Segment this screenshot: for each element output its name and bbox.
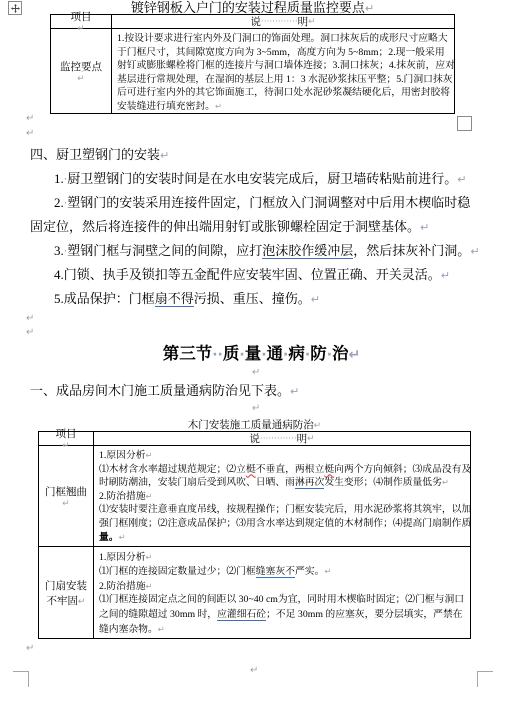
move-arrows-icon [11, 4, 20, 13]
pilcrow-mark: ↵ [250, 666, 258, 676]
table2-line: 强门框刚度；⑵注意成品保护；⑶用含水率达到规定值的木材制作；⑷提高门扇制作质 [99, 517, 465, 531]
table1-line: 于门框尺寸，其间隙宽度方向为 3~5mm，高度方向为 5~8mm；2.现一般采用 [117, 46, 449, 60]
pilcrow-mark: ↵ [26, 644, 34, 654]
table2-header-desc: 说·············明↵ [94, 432, 470, 445]
section4-item5: 5.成品保护：门框扇不得污损、重压、撞伤。↵ [54, 291, 320, 308]
table2-line: ⑴安装时要注意垂直度吊线，按规程操作；门框安装完后，用水泥砂浆将其筑牢，以加 [99, 503, 465, 517]
table2-line: ⑴门框连接固定点之间的间距以 30~40 cm为宜，同时用木楔临时固定；⑵门框与… [99, 593, 465, 607]
table2-caption: 木门安装施工质量通病防治↵ [38, 417, 471, 432]
table2-line: 时刷防潮油，安装门扇后受到风吹、日晒、雨淋再次发生变形；⑷制作质量低劣↵ [99, 476, 465, 490]
table1-row-label: 监控要点↵ [51, 29, 112, 113]
section3-heading: 第三节··质·量·通·病·防·治↵ [0, 340, 523, 364]
text-boundary-mark-left [13, 671, 29, 687]
pilcrow-mark: ↵ [252, 368, 260, 378]
table-move-handle[interactable] [8, 1, 22, 15]
pilcrow-mark: ↵ [26, 114, 34, 124]
section4-item2-line2: 固定位，然后将连接件的伸出端用射钉或胀铆螺栓固定于洞壁基体。↵ [30, 219, 429, 236]
table2-row1-label: 门框翘曲↵ [39, 446, 94, 546]
pilcrow-mark: ↵ [252, 404, 260, 414]
table1-line: 后可进行室内外的其它饰面施工，待洞口处水泥砂浆凝结硬化后，用密封胶将 [117, 86, 449, 100]
table1-header-item: 项目↵ [51, 15, 112, 28]
table2-row1-content: 1.原因分析↵ ⑴木材含水率超过规范规定；⑵立梃不垂直，两根立梃向两个方向倾斜；… [94, 446, 470, 546]
table2-row2-content: 1.原因分析↵ ⑴门框的连接固定数量过少；⑵门框缝塞灰不严实。↵ 2.防治措施↵… [94, 547, 470, 638]
table2-line: 之间的缝隙超过 30mm 时，应灌细石砼；不足 30mm 的应塞灰，要分层填实，… [99, 608, 465, 622]
table2-line: 缝内塞杂物。↵ [99, 622, 465, 636]
section4-item1: 1.·厨卫塑钢门的安装时间是在水电安装完成后，厨卫墙砖粘贴前进行。↵ [54, 171, 467, 188]
text-boundary-mark-right [477, 671, 493, 687]
table1-line: 射钉或膨胀螺栓将门框的连接片与洞口墙体连接；3.洞口抹灰；4.抹灰前，应对 [117, 59, 449, 73]
section4-heading: 四、厨卫塑钢门的安装↵ [30, 147, 169, 164]
table2-line: 1.原因分析↵ [99, 449, 465, 463]
table1-line: 基层进行常规处理，在湿润的基层上用 1：3 水泥砂浆抹压平整；5.门洞口抹灰 [117, 73, 449, 87]
section3-intro: 一、成品房间木门施工质量通病防治见下表。↵ [30, 383, 299, 400]
table1-row-content: 1.按设计要求进行室内外及门洞口的饰面处理。洞口抹灰后的成形尺寸应略大 于门框尺… [112, 29, 454, 113]
table2-row2-label: 门扇安装 不牢固↵ [39, 547, 94, 638]
table2-quality-defects: 项目↵ 说·············明↵ 门框翘曲↵ 1.原因分析↵ ⑴木材含水… [38, 431, 471, 639]
section4-item3: 3.·塑钢门框与洞壁之间的间隙，应打泡沫胶作缓冲层，然后抹灰补门洞。↵ [54, 243, 480, 260]
table1-header-desc: 说·············明↵ [112, 15, 454, 28]
table1-line: 安装缝进行填充密封。↵ [117, 100, 449, 113]
pilcrow-mark: ↵ [26, 129, 34, 139]
pilcrow-mark: ↵ [26, 314, 34, 324]
table2-header-item: 项目↵ [39, 432, 94, 445]
table2-line: ⑴门框的连接固定数量过少；⑵门框缝塞灰不严实。↵ [99, 564, 465, 578]
word-document-page: 镀锌钢板入户门的安装过程质量监控要点↵ 项目↵ 说·············明↵… [0, 0, 523, 712]
table2-line: 2.防治措施↵ [99, 579, 465, 593]
table-resize-handle[interactable] [457, 116, 472, 131]
section4-item2-line1: 2.·塑钢门的安装采用连接件固定，门框放入门洞调整对中后用木楔临时稳 [54, 195, 470, 212]
table2-line: 量。↵ [99, 531, 465, 545]
section4-item4: 4.门锁、执手及锁扣等五金配件应安装牢固、位置正确、开关灵活。↵ [54, 267, 450, 284]
table2-line: ⑴木材含水率超过规范规定；⑵立梃不垂直，两根立梃向两个方向倾斜；⑶成品没有及 [99, 463, 465, 477]
table2-line: 1.原因分析↵ [99, 550, 465, 564]
pilcrow-mark: ↵ [26, 328, 34, 338]
table1-line: 1.按设计要求进行室内外及门洞口的饰面处理。洞口抹灰后的成形尺寸应略大 [117, 32, 449, 46]
table1-monitoring-points: 项目↵ 说·············明↵ 监控要点↵ 1.按设计要求进行室内外及… [50, 14, 455, 114]
table2-line: 2.防治措施↵ [99, 490, 465, 504]
